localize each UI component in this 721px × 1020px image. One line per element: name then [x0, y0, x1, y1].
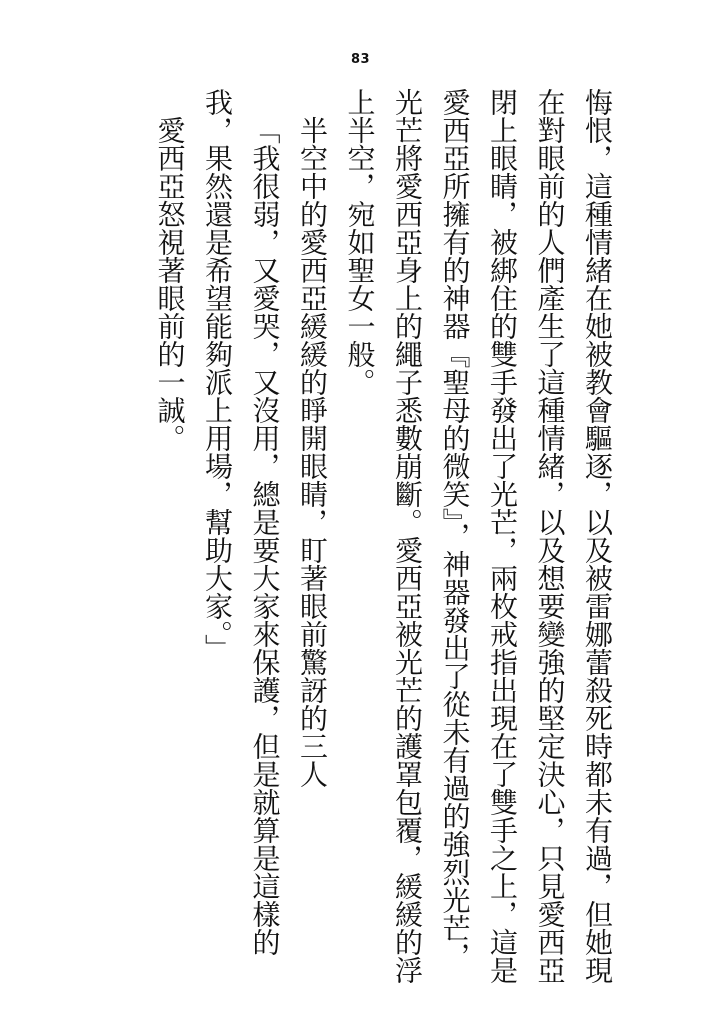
text-block: 悔恨，這種情緒在她被教會驅逐，以及被雷娜蕾殺死時都未有過，但她現在對眼前的人們產… [145, 88, 620, 985]
paragraph: 悔恨，這種情緒在她被教會驅逐，以及被雷娜蕾殺死時都未有過，但她現在對眼前的人們產… [335, 88, 620, 985]
book-page: 83 悔恨，這種情緒在她被教會驅逐，以及被雷娜蕾殺死時都未有過，但她現在對眼前的… [0, 0, 721, 1020]
paragraph: 半空中的愛西亞緩緩的睜開眼睛，盯著眼前驚訝的三人 [288, 88, 336, 985]
paragraph: 「我很弱，又愛哭，又沒用，總是要大家來保護，但是就算是這樣的我，果然還是希望能夠… [193, 88, 288, 985]
page-number: 83 [0, 52, 721, 67]
paragraph: 愛西亞怒視著眼前的一誠。 [145, 88, 193, 985]
